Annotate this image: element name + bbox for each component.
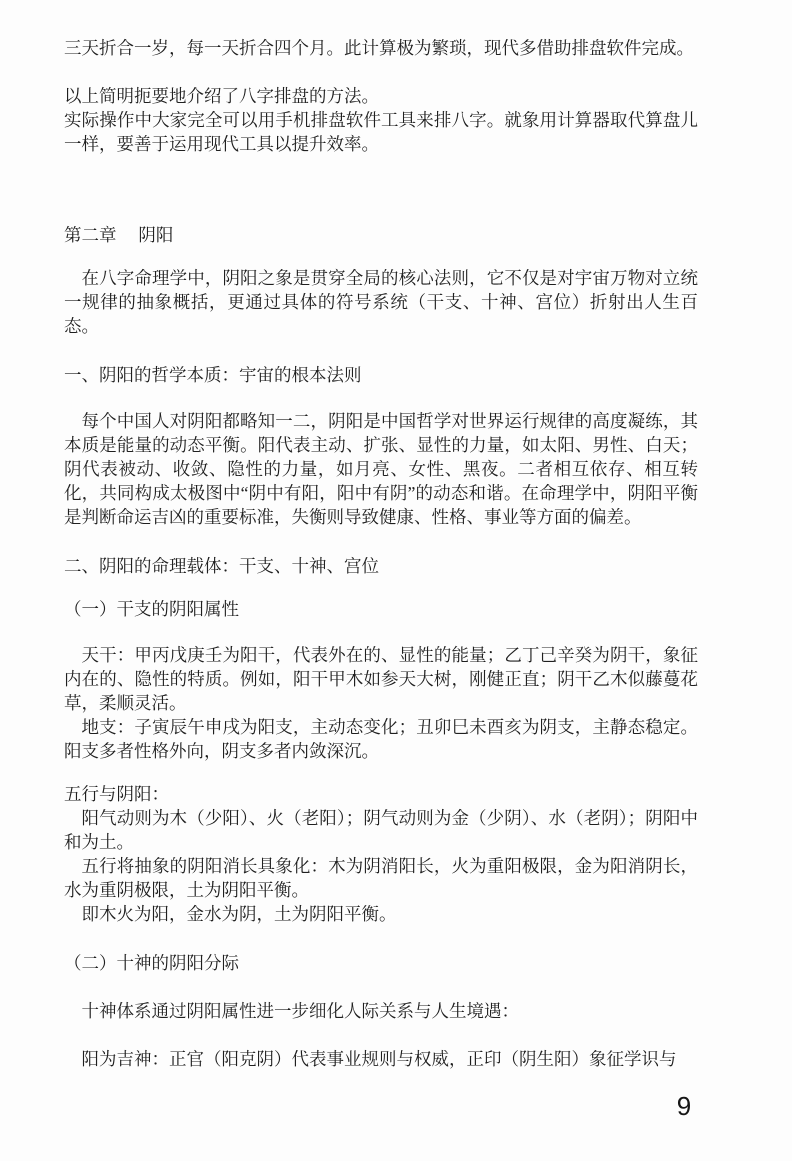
paragraph-wuxing-concretization: 五行将抽象的阴阳消长具象化：木为阴消阳长，火为重阳极限，金为阳消阴长，水为重阴极… bbox=[64, 854, 698, 902]
paragraph-yangqi-yinqi: 阳气动则为木（少阳）、火（老阳）；阴气动则为金（少阴）、水（老阴）；阴阳中和为土… bbox=[64, 806, 698, 854]
paragraph-shishen-intro: 十神体系通过阴阳属性进一步细化人际关系与人生境遇： bbox=[64, 999, 698, 1023]
page-content: 三天折合一岁，每一天折合四个月。此计算极为繁琐，现代多借助排盘软件完成。 以上简… bbox=[64, 36, 698, 1071]
subsection-heading-ganzhi: （一）干支的阴阳属性 bbox=[64, 597, 698, 621]
document-page: 三天折合一岁，每一天折合四个月。此计算极为繁琐，现代多借助排盘软件完成。 以上简… bbox=[0, 0, 792, 1161]
paragraph-tiangan: 天干：甲丙戊庚壬为阳干，代表外在的、显性的能量；乙丁己辛癸为阴干，象征内在的、隐… bbox=[64, 643, 698, 715]
subsection-heading-shishen: （二）十神的阴阳分际 bbox=[64, 951, 698, 975]
section-heading-carriers: 二、阴阳的命理载体：干支、十神、宫位 bbox=[64, 554, 698, 578]
chapter-heading: 第二章 阴阳 bbox=[64, 223, 698, 247]
paragraph-yang-jishen: 阳为吉神：正官（阳克阴）代表事业规则与权威，正印（阴生阳）象征学识与 bbox=[64, 1047, 698, 1071]
section-heading-philosophy: 一、阴阳的哲学本质：宇宙的根本法则 bbox=[64, 363, 698, 387]
paragraph-day-age-conversion: 三天折合一岁，每一天折合四个月。此计算极为繁琐，现代多借助排盘软件完成。 bbox=[64, 36, 698, 60]
paragraph-yinyang-philosophy: 每个中国人对阴阳都略知一二，阴阳是中国哲学对世界运行规律的高度凝练，其本质是能量… bbox=[64, 409, 698, 529]
paragraph-practical-advice: 实际操作中大家完全可以用手机排盘软件工具来排八字。就象用计算器取代算盘儿一样，要… bbox=[64, 108, 698, 156]
paragraph-chapter-intro: 在八字命理学中，阴阳之象是贯穿全局的核心法则，它不仅是对宇宙万物对立统一规律的抽… bbox=[64, 266, 698, 338]
paragraph-paipan-summary: 以上简明扼要地介绍了八字排盘的方法。 bbox=[64, 84, 698, 108]
paragraph-dizhi: 地支：子寅辰午申戌为阳支，主动态变化；丑卯巳未酉亥为阴支，主静态稳定。阳支多者性… bbox=[64, 715, 698, 763]
paragraph-wuxing-summary: 即木火为阳，金水为阴，土为阴阳平衡。 bbox=[64, 902, 698, 926]
page-number: 9 bbox=[672, 1092, 696, 1120]
label-wuxing-yinyang: 五行与阴阳： bbox=[64, 782, 698, 806]
